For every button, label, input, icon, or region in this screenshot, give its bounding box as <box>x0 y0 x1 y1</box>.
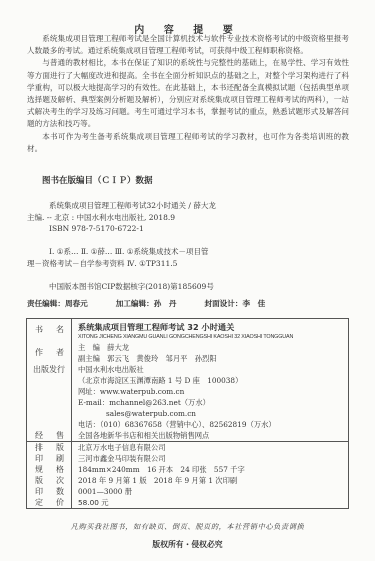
spec-value: 184mm×240mm 16 开本 24 印张 557 千字 <box>78 464 348 475</box>
colophon-row-printing: 印刷 三河市鑫金马印装有限公司 <box>27 453 349 464</box>
row-label: 作 <box>35 347 43 358</box>
row-label: 印 <box>35 486 43 497</box>
cover-designer: 封面设计：李 佳 <box>205 298 266 309</box>
colophon-row-price: 定价 58.00 元 <box>27 497 349 509</box>
abstract-paragraph: 本书可作为考生备考系统集成项目管理工程师考试的学习教材，也可作为各类培训班的教材… <box>27 131 349 155</box>
colophon-row-spec: 规格 184mm×240mm 16 开本 24 印张 557 千字 <box>27 464 349 475</box>
publisher-email: E-mail：mchannel@263.net（万水） <box>78 397 348 408</box>
publisher-website: 网址：www.waterpub.com.cn <box>78 386 348 397</box>
colophon-row-print-run: 印数 0001—3000 册 <box>27 486 349 497</box>
colophon-row-author: 作者 主 编 薛大龙 副主编 郭云飞 黄俊玲 邹月平 孙烈阳 <box>27 342 349 364</box>
cip-classification-line: 理－资格考试－自学参考资料 Ⅳ. ①TP311.5 <box>27 258 287 270</box>
chief-editor: 主 编 薛大龙 <box>78 342 348 353</box>
publisher-email-sales: sales@waterpub.com.cn <box>78 408 348 419</box>
publisher-address: （北京市海淀区玉渊潭南路 1 号 D 座 100038） <box>78 375 348 386</box>
row-label: 售 <box>56 430 64 441</box>
row-label: 出版发行 <box>27 364 71 375</box>
colophon-row-edition: 版次 2018 年 9 月第 1 版 2018 年 9 月第 1 次印刷 <box>27 475 349 486</box>
responsible-editor: 责任编辑：周春元 <box>27 298 88 309</box>
book-title: 系统集成项目管理工程师考试 32 小时通关 <box>78 319 348 333</box>
row-label: 名 <box>56 324 64 335</box>
processing-editor: 加工编辑：孙 丹 <box>116 298 177 309</box>
printing-value: 三河市鑫金马印装有限公司 <box>78 453 348 464</box>
cip-record-number: 中国版本图书馆CIP数据核字(2018)第185609号 <box>27 281 287 293</box>
row-label: 版 <box>35 475 43 486</box>
cip-classification-line: Ⅰ. ①系… Ⅱ. ①薛… Ⅲ. ①系统集成技术－项目管 <box>27 246 287 258</box>
cip-heading: 图书在版编目（ＣＩＰ）数据 <box>42 174 153 186</box>
book-title-pinyin: XITONG JICHENG XIANGMU GUANLI GONGCHENGS… <box>78 333 348 342</box>
row-label: 格 <box>56 464 64 475</box>
publisher-phone: 电话：（010）68367658（营销中心）、82562819（万水） <box>78 419 348 430</box>
cip-isbn: ISBN 978-7-5170-6722-1 <box>27 223 287 235</box>
row-label: 排 <box>35 442 43 453</box>
row-label: 印 <box>35 453 43 464</box>
abstract-body: 系统集成项目管理工程师考试是全国计算机技术与软件专业技术资格考试的中级资格里报考… <box>27 33 349 155</box>
cip-data-block: 系统集成项目管理工程师考试32小时通关 / 薛大龙 主编. -- 北京 : 中国… <box>27 200 287 292</box>
row-label: 书 <box>35 324 43 335</box>
row-label: 次 <box>56 475 64 486</box>
distribution-value: 全国各地新华书店和相关出版物销售网点 <box>78 430 348 441</box>
exchange-notice: 凡购买我社图书，如有缺页、倒页、脱页的，本社营销中心负责调换 <box>0 522 375 532</box>
colophon-row-distribution: 经售 全国各地新华书店和相关出版物销售网点 <box>27 430 349 442</box>
copyright-notice: 版权所有・侵权必究 <box>0 539 375 550</box>
row-label: 刷 <box>56 453 64 464</box>
colophon-row-publisher: 出版发行 中国水利水电出版社 （北京市海淀区玉渊潭南路 1 号 D 座 1000… <box>27 364 349 430</box>
editor-credits: 责任编辑：周春元 加工编辑：孙 丹 封面设计：李 佳 <box>27 298 357 309</box>
abstract-paragraph: 与普通的教材相比，本书在保证了知识的系统性与完整性的基础上，在易学性、学习有效性… <box>27 57 349 130</box>
row-label: 经 <box>35 430 43 441</box>
row-label: 数 <box>56 486 64 497</box>
row-label: 版 <box>56 442 64 453</box>
abstract-paragraph: 系统集成项目管理工程师考试是全国计算机技术与软件专业技术资格考试的中级资格里报考… <box>27 33 349 57</box>
publisher-name: 中国水利水电出版社 <box>78 364 348 375</box>
edition-value: 2018 年 9 月第 1 版 2018 年 9 月第 1 次印刷 <box>78 475 348 486</box>
deputy-editors: 副主编 郭云飞 黄俊玲 邹月平 孙烈阳 <box>78 353 348 364</box>
row-label: 者 <box>56 347 64 358</box>
row-label: 价 <box>56 497 64 508</box>
print-run-value: 0001—3000 册 <box>78 486 348 497</box>
row-label: 定 <box>35 497 43 508</box>
colophon-row-typesetting: 排版 北京万水电子信息有限公司 <box>27 442 349 454</box>
cip-title-line: 系统集成项目管理工程师考试32小时通关 / 薛大龙 <box>27 200 287 212</box>
typesetting-value: 北京万水电子信息有限公司 <box>78 442 348 453</box>
cip-publisher-line: 主编. -- 北京 : 中国水利水电出版社, 2018.9 <box>27 212 287 224</box>
price-value: 58.00 元 <box>78 497 348 508</box>
row-label: 规 <box>35 464 43 475</box>
colophon-table: 书名 系统集成项目管理工程师考试 32 小时通关 XITONG JICHENG … <box>26 318 349 509</box>
colophon-row-book-name: 书名 系统集成项目管理工程师考试 32 小时通关 XITONG JICHENG … <box>27 319 349 343</box>
